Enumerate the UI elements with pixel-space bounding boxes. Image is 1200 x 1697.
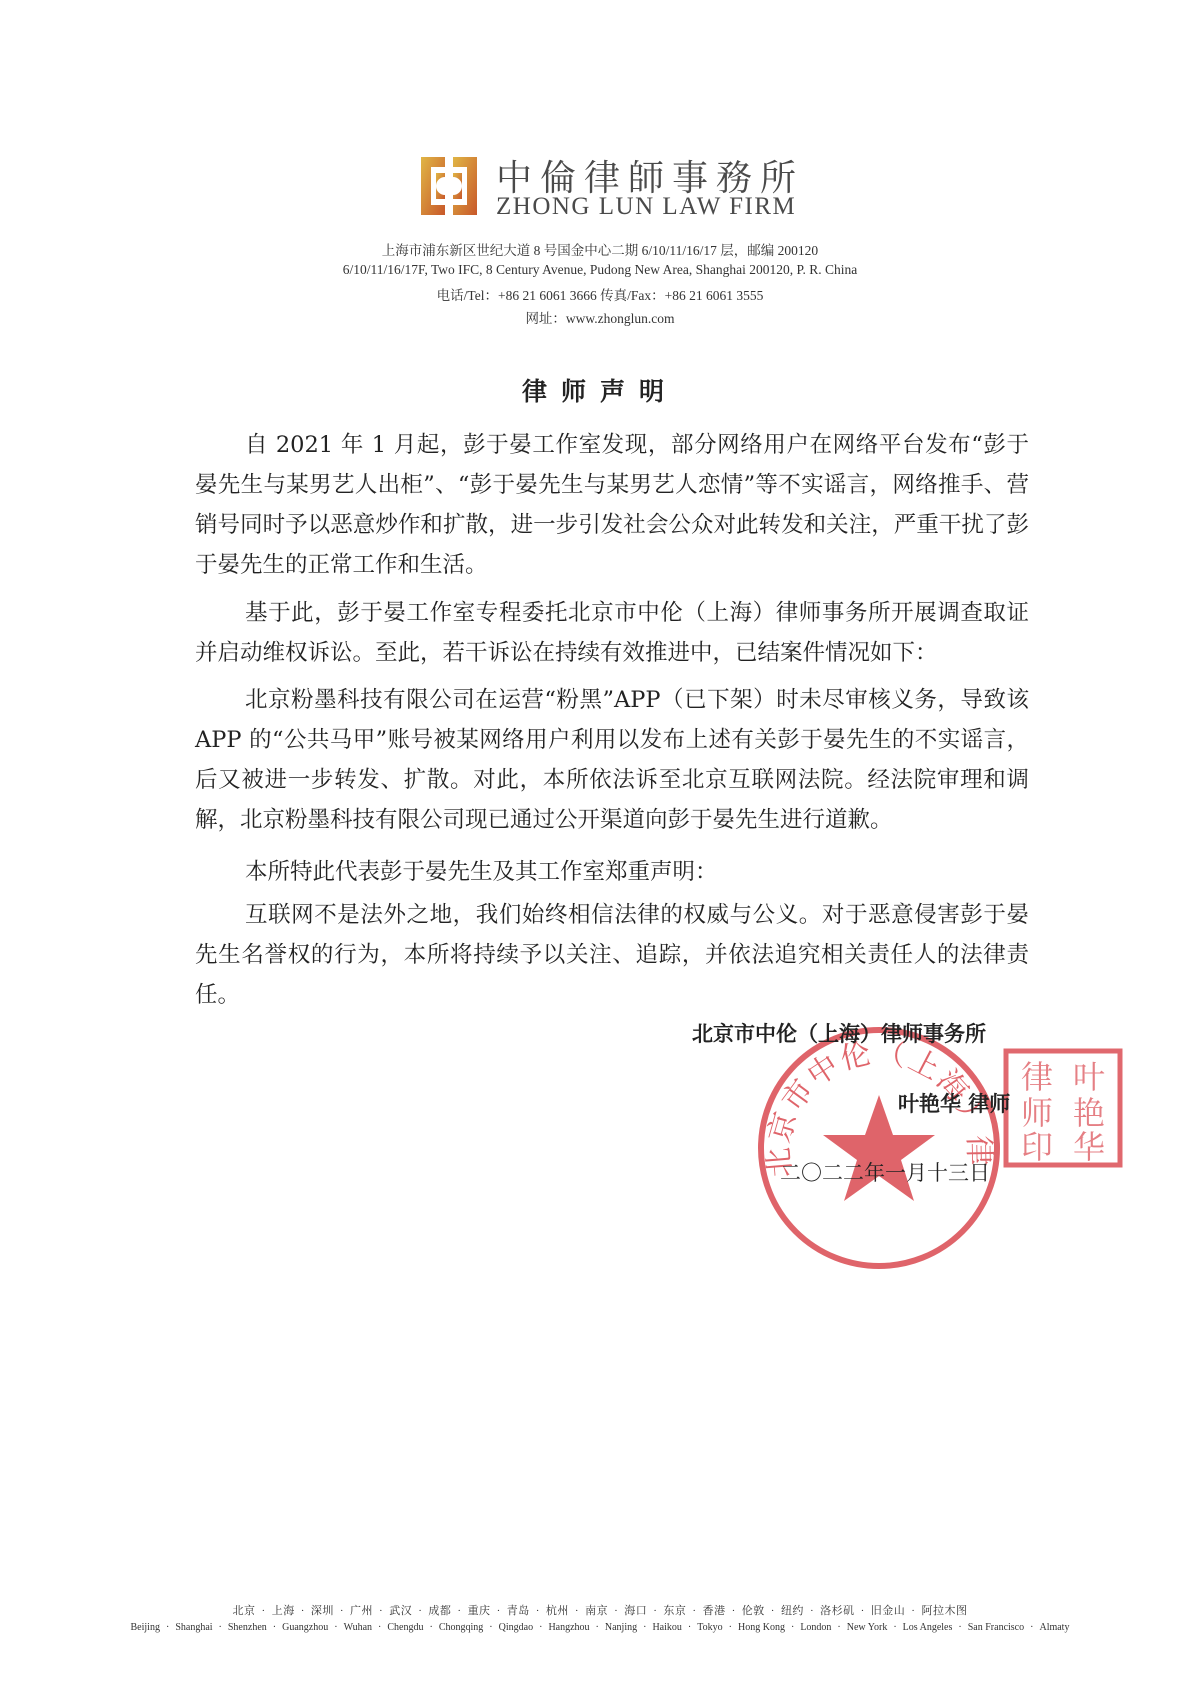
footer-separator: · [804,1605,820,1617]
footer-city: 纽约 [781,1605,804,1617]
footer-city: Haikou [652,1622,681,1633]
footer-separator: · [372,1622,387,1633]
footer-separator: · [608,1605,624,1617]
footer-city: 杭州 [546,1605,569,1617]
footer-separator: · [723,1622,738,1633]
paragraph-5: 互联网不是法外之地，我们始终相信法律的权威与公义。对于恶意侵害彭于晏先生名誉权的… [195,895,1029,1015]
footer-separator: · [491,1605,507,1617]
paragraph-1: 自 2021 年 1 月起，彭于晏工作室发现，部分网络用户在网络平台发布“彭于晏… [195,425,1029,585]
footer-city: Almaty [1039,1622,1069,1633]
footer-separator: · [590,1622,605,1633]
footer-city: Hangzhou [548,1622,589,1633]
zhong-lun-logo-icon [419,155,479,217]
footer-city: Nanjing [605,1622,637,1633]
footer-separator: · [160,1622,175,1633]
svg-text:叶: 叶 [1073,1058,1105,1096]
contact-phone-fax: 电话/Tel：+86 21 6061 3666 传真/Fax：+86 21 60… [0,284,1200,304]
footer-city: Shenzhen [228,1622,267,1633]
footer-separator: · [533,1622,548,1633]
footer-city: Chongqing [439,1622,483,1633]
square-seal-stamp-icon: 律叶 师艳 印华 [1003,1048,1123,1168]
footer-city: 阿拉木图 [921,1605,967,1617]
footer-city: Shanghai [175,1622,212,1633]
footer-city: Wuhan [344,1622,372,1633]
footer-city: 旧金山 [871,1605,906,1617]
footer-separator: · [424,1622,439,1633]
footer-city: London [800,1622,831,1633]
footer-city: Chengdu [387,1622,423,1633]
footer-cities-english: Beijing·Shanghai·Shenzhen·Guangzhou·Wuha… [0,1622,1200,1633]
footer-separator: · [686,1605,702,1617]
paragraph-4: 本所特此代表彭于晏先生及其工作室郑重声明： [195,852,1029,892]
footer-city: Hong Kong [738,1622,785,1633]
round-seal-stamp-icon: 北京市中伦（上海）律师事务所 [754,1023,1004,1273]
address-chinese: 上海市浦东新区世纪大道 8 号国金中心二期 6/10/11/16/17 层，邮编… [0,239,1200,259]
footer-separator: · [765,1605,781,1617]
footer-separator: · [887,1622,902,1633]
footer-city: 香港 [703,1605,726,1617]
paragraph-3: 北京粉墨科技有限公司在运营“粉黑”APP（已下架）时未尽审核义务，导致该 APP… [195,680,1029,840]
paragraph-text: 自 2021 年 1 月起，彭于晏工作室发现，部分网络用户在网络平台发布“彭于晏… [195,425,1029,585]
address-english: 6/10/11/16/17F, Two IFC, 8 Century Avenu… [0,262,1200,278]
signature-firm-name: 北京市中伦（上海）律师事务所 [692,1018,986,1048]
footer-city: Los Angeles [903,1622,953,1633]
website-link[interactable]: 网址：www.zhonglun.com [0,307,1200,327]
footer-city: 广州 [350,1605,373,1617]
footer-separator: · [831,1622,846,1633]
footer-separator: · [373,1605,389,1617]
footer-separator: · [328,1622,343,1633]
svg-text:师: 师 [1021,1094,1053,1132]
signature-date: 二〇二二年一月十三日 [780,1157,990,1187]
footer-city: 南京 [585,1605,608,1617]
footer-city: San Francisco [968,1622,1024,1633]
footer-city: 深圳 [311,1605,334,1617]
footer-separator: · [855,1605,871,1617]
footer-separator: · [569,1605,585,1617]
footer-separator: · [637,1622,652,1633]
footer-separator: · [451,1605,467,1617]
footer-city: Beijing [131,1622,160,1633]
footer-city: 成都 [428,1605,451,1617]
footer-city: 重庆 [468,1605,491,1617]
footer-separator: · [530,1605,546,1617]
footer-city: 青岛 [507,1605,530,1617]
footer-city: 武汉 [389,1605,412,1617]
paragraph-text: 北京粉墨科技有限公司在运营“粉黑”APP（已下架）时未尽审核义务，导致该 APP… [195,680,1029,840]
paragraph-2: 基于此，彭于晏工作室专程委托北京市中伦（上海）律师事务所开展调查取证并启动维权诉… [195,593,1029,673]
footer-separator: · [295,1605,311,1617]
footer-separator: · [647,1605,663,1617]
footer-city: Qingdao [499,1622,533,1633]
footer-city: 北京 [233,1605,256,1617]
footer-city: 上海 [272,1605,295,1617]
paragraph-text: 互联网不是法外之地，我们始终相信法律的权威与公义。对于恶意侵害彭于晏先生名誉权的… [195,895,1029,1015]
footer-separator: · [412,1605,428,1617]
footer-city: 海口 [624,1605,647,1617]
footer-separator: · [785,1622,800,1633]
signature-lawyer-name: 叶艳华 律师 [898,1088,1010,1118]
svg-text:印: 印 [1021,1128,1053,1166]
footer-separator: · [267,1622,282,1633]
footer-separator: · [726,1605,742,1617]
footer-separator: · [905,1605,921,1617]
svg-text:华: 华 [1073,1128,1105,1166]
footer-city: Tokyo [697,1622,722,1633]
paragraph-text: 本所特此代表彭于晏先生及其工作室郑重声明： [195,852,1029,892]
footer-city: Guangzhou [282,1622,328,1633]
footer-city: 东京 [663,1605,686,1617]
svg-text:艳: 艳 [1073,1094,1105,1132]
footer-separator: · [1024,1622,1039,1633]
footer-separator: · [682,1622,697,1633]
paragraph-text: 基于此，彭于晏工作室专程委托北京市中伦（上海）律师事务所开展调查取证并启动维权诉… [195,593,1029,673]
firm-name-english: ZHONG LUN LAW FIRM [496,193,796,221]
footer-city: New York [847,1622,888,1633]
footer-city: 伦敦 [742,1605,765,1617]
footer-city: 洛杉矶 [820,1605,855,1617]
footer-separator: · [334,1605,350,1617]
footer-separator: · [213,1622,228,1633]
svg-text:律: 律 [1021,1058,1053,1096]
footer-separator: · [952,1622,967,1633]
footer-separator: · [483,1622,498,1633]
footer-cities-chinese: 北京·上海·深圳·广州·武汉·成都·重庆·青岛·杭州·南京·海口·东京·香港·伦… [0,1602,1200,1618]
document-title: 律师声明 [0,372,1200,408]
footer-separator: · [256,1605,272,1617]
